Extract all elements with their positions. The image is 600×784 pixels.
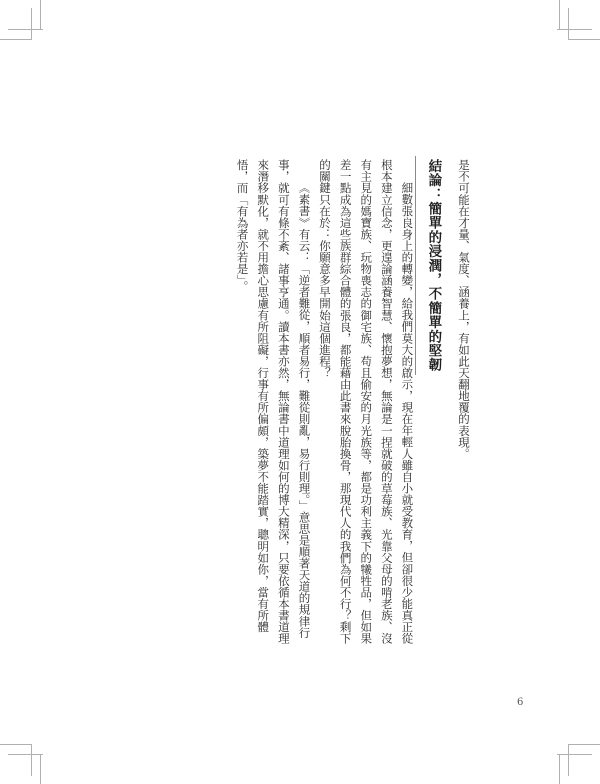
vertical-text-block: 是不可能在才量、氣度、涵養上，有如此天翻地覆的表現。 結論：簡單的浸潤，不簡單的… (232, 159, 474, 647)
body-paragraph: 細數張良身上的轉變，給我們莫大的啟示，現在年輕人雖自小就受教育，但卻很少能真正從… (314, 159, 417, 647)
section-heading: 結論：簡單的浸潤，不簡單的堅韌 (421, 159, 445, 647)
continuation-paragraph: 是不可能在才量、氣度、涵養上，有如此天翻地覆的表現。 (453, 159, 474, 647)
crop-mark-top-right-icon (557, 0, 600, 40)
book-page: 是不可能在才量、氣度、涵養上，有如此天翻地覆的表現。 結論：簡單的浸潤，不簡單的… (0, 0, 600, 784)
crop-mark-bottom-left-icon (0, 744, 43, 784)
crop-mark-bottom-right-icon (557, 744, 600, 784)
page-number: 6 (517, 697, 523, 708)
body-paragraph: 《素書》有云：「逆者難從，順者易行，難從則亂，易行則理。」意思是順著天道的規律行… (232, 159, 314, 647)
crop-mark-top-left-icon (0, 0, 43, 40)
